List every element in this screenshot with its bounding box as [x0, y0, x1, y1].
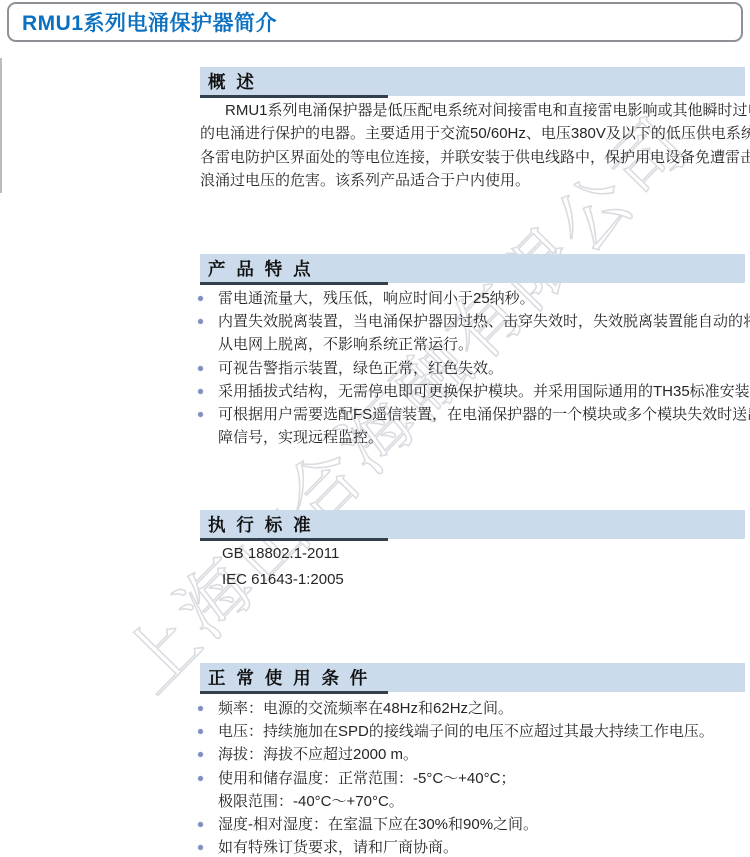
- list-item: 内置失效脱离装置，当电涌保护器因过热、击穿失效时，失效脱离装置能自动的将其: [197, 310, 750, 333]
- list-item: 可根据用户需要选配FS遥信装置，在电涌保护器的一个模块或多个模块失效时送出故: [197, 403, 750, 426]
- bullet-icon: [198, 706, 203, 711]
- section-heading-standards: 执 行 标 准: [200, 512, 314, 537]
- overview-paragraph: RMU1系列电涌保护器是低压配电系统对间接雷电和直接雷电影响或其他瞬时过电压 的…: [200, 99, 750, 193]
- section-band-standards: 执 行 标 准: [200, 510, 745, 539]
- list-item: 电压：持续施加在SPD的接线端子间的电压不应超过其最大持续工作电压。: [197, 720, 750, 743]
- bullet-icon: [198, 412, 203, 417]
- bullet-icon: [198, 776, 203, 781]
- section-band-conditions: 正 常 使 用 条 件: [200, 663, 745, 692]
- list-item-continuation: 障信号，实现远程监控。: [197, 426, 750, 449]
- bullet-icon: [198, 729, 203, 734]
- paragraph-line: 各雷电防护区界面处的等电位连接，并联安装于供电线路中，保护用电设备免遭雷击或: [200, 146, 750, 169]
- standard-entry: GB 18802.1-2011: [222, 541, 344, 567]
- list-item-text: 内置失效脱离装置，当电涌保护器因过热、击穿失效时，失效脱离装置能自动的将其: [218, 313, 750, 330]
- list-item: 采用插拔式结构，无需停电即可更换保护模块。并采用国际通用的TH35标准安装轨。: [197, 380, 750, 403]
- bullet-icon: [198, 845, 203, 850]
- list-item-text: 采用插拔式结构，无需停电即可更换保护模块。并采用国际通用的TH35标准安装轨。: [218, 383, 750, 400]
- page-title: RMU1系列电涌保护器简介: [9, 7, 277, 37]
- heading-underline: [200, 282, 388, 285]
- bullet-icon: [198, 296, 203, 301]
- left-edge-line: [0, 58, 2, 193]
- heading-underline: [200, 95, 388, 98]
- list-item-text: 湿度-相对湿度：在室温下应在30%和90%之间。: [218, 816, 538, 833]
- paragraph-line: RMU1系列电涌保护器是低压配电系统对间接雷电和直接雷电影响或其他瞬时过电压: [200, 99, 750, 122]
- paragraph-line: 浪涌过电压的危害。该系列产品适合于户内使用。: [200, 169, 750, 192]
- section-heading-features: 产 品 特 点: [200, 256, 314, 281]
- page-title-box: RMU1系列电涌保护器简介: [7, 2, 743, 42]
- section-band-features: 产 品 特 点: [200, 254, 745, 283]
- document-page: 上海山合海融有限公司 RMU1系列电涌保护器简介 概 述 RMU1系列电涌保护器…: [0, 0, 750, 857]
- list-item-text: 如有特殊订货要求，请和厂商协商。: [218, 839, 458, 856]
- list-item-text: 电压：持续施加在SPD的接线端子间的电压不应超过其最大持续工作电压。: [218, 723, 714, 740]
- list-item: 如有特殊订货要求，请和厂商协商。: [197, 836, 750, 857]
- list-item-text: 频率：电源的交流频率在48Hz和62Hz之间。: [218, 700, 513, 717]
- bullet-icon: [198, 319, 203, 324]
- section-heading-conditions: 正 常 使 用 条 件: [200, 665, 370, 690]
- conditions-list: 频率：电源的交流频率在48Hz和62Hz之间。 电压：持续施加在SPD的接线端子…: [197, 697, 750, 857]
- standard-entry: IEC 61643-1:2005: [222, 567, 344, 593]
- section-band-overview: 概 述: [200, 67, 745, 96]
- list-item-text: 从电网上脱离，不影响系统正常运行。: [218, 336, 473, 353]
- list-item: 使用和储存温度：正常范围：-5°C～+40°C；: [197, 767, 750, 790]
- list-item-text: 极限范围：-40°C～+70°C。: [218, 793, 404, 810]
- list-item-text: 可视告警指示装置，绿色正常，红色失效。: [218, 360, 503, 377]
- list-item-text: 使用和储存温度：正常范围：-5°C～+40°C；: [218, 770, 515, 787]
- section-heading-overview: 概 述: [200, 69, 257, 94]
- heading-underline: [200, 691, 388, 694]
- list-item-continuation: 极限范围：-40°C～+70°C。: [197, 790, 750, 813]
- bullet-icon: [198, 366, 203, 371]
- list-item: 海拔：海拔不应超过2000 m。: [197, 743, 750, 766]
- bullet-icon: [198, 389, 203, 394]
- list-item-text: 雷电通流量大，残压低，响应时间小于25纳秒。: [218, 290, 535, 307]
- paragraph-line: 的电涌进行保护的电器。主要适用于交流50/60Hz、电压380V及以下的低压供电…: [200, 122, 750, 145]
- list-item: 频率：电源的交流频率在48Hz和62Hz之间。: [197, 697, 750, 720]
- features-list: 雷电通流量大，残压低，响应时间小于25纳秒。 内置失效脱离装置，当电涌保护器因过…: [197, 287, 750, 449]
- bullet-icon: [198, 822, 203, 827]
- standards-list: GB 18802.1-2011 IEC 61643-1:2005: [222, 541, 344, 593]
- list-item-text: 障信号，实现远程监控。: [218, 429, 383, 446]
- list-item: 雷电通流量大，残压低，响应时间小于25纳秒。: [197, 287, 750, 310]
- list-item-continuation: 从电网上脱离，不影响系统正常运行。: [197, 333, 750, 356]
- list-item: 湿度-相对湿度：在室温下应在30%和90%之间。: [197, 813, 750, 836]
- bullet-icon: [198, 752, 203, 757]
- list-item-text: 可根据用户需要选配FS遥信装置，在电涌保护器的一个模块或多个模块失效时送出故: [218, 406, 750, 423]
- list-item-text: 海拔：海拔不应超过2000 m。: [218, 746, 418, 763]
- list-item: 可视告警指示装置，绿色正常，红色失效。: [197, 357, 750, 380]
